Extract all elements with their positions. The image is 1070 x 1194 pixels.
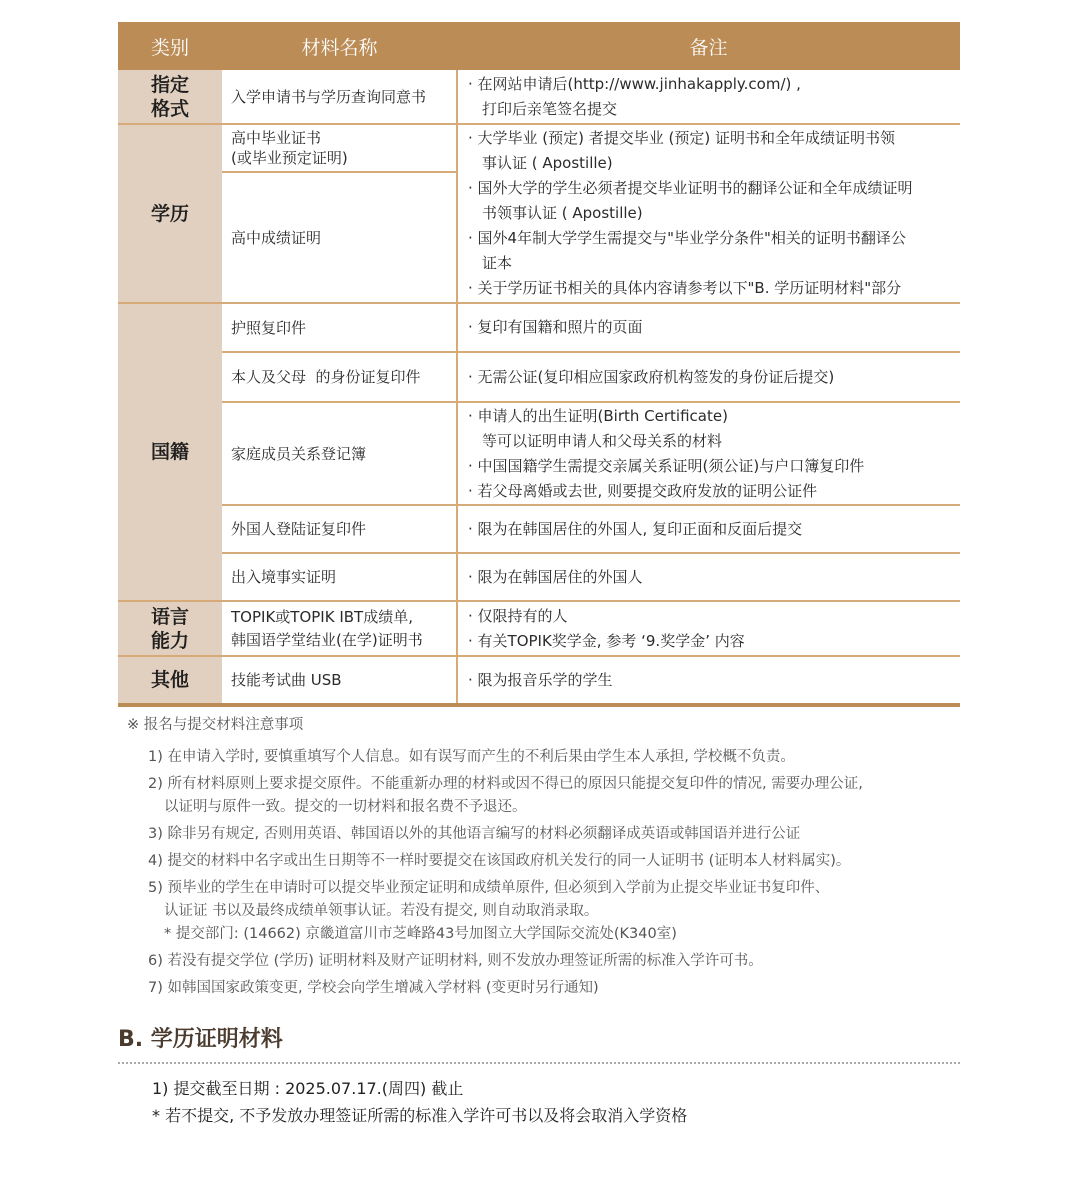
- list-item: 7) 如韩国国家政策变更, 学校会向学生增减入学材料 (变更时另行通知): [148, 977, 967, 1000]
- section-b: B. 学历证明材料 1) 提交截至日期 : 2025.07.17.(周四) 截止…: [118, 1022, 960, 1129]
- material-cell: 出入境事实证明: [222, 553, 457, 601]
- header-material: 材料名称: [222, 22, 457, 70]
- table-row: 国籍 护照复印件 · 复印有国籍和照片的页面: [118, 303, 960, 352]
- header-category: 类别: [118, 22, 222, 70]
- category-cell: 指定 格式: [118, 70, 222, 124]
- note-cell: · 申请人的出生证明(Birth Certificate) 等可以证明申请人和父…: [457, 402, 960, 505]
- materials-table: 类别 材料名称 备注 指定 格式 入学申请书与学历查询同意书 · 在网站申请后(…: [118, 22, 960, 707]
- table-row: 语言 能力 TOPIK或TOPIK IBT成绩单, 韩国语学堂结业(在学)证明书…: [118, 601, 960, 656]
- category-cell: 学历: [118, 124, 222, 303]
- category-cell: 语言 能力: [118, 601, 222, 656]
- note-cell: · 仅限持有的人 · 有关TOPIK奖学金, 参考 ‘9.奖学金’ 内容: [457, 601, 960, 656]
- warning-item: * 若不提交, 不予发放办理签证所需的标准入学许可书以及将会取消入学资格: [152, 1102, 960, 1129]
- note-cell: · 限为报音乐学的学生: [457, 656, 960, 705]
- material-cell: 高中成绩证明: [222, 172, 457, 303]
- section-title: B. 学历证明材料: [118, 1022, 960, 1058]
- section-b-list: 1) 提交截至日期 : 2025.07.17.(周四) 截止 * 若不提交, 不…: [118, 1075, 960, 1129]
- note-cell: · 限为在韩国居住的外国人: [457, 553, 960, 601]
- dotted-divider: [118, 1062, 960, 1064]
- note-cell: · 限为在韩国居住的外国人, 复印正面和反面后提交: [457, 505, 960, 553]
- notes-title: ※ 报名与提交材料注意事项: [127, 713, 967, 737]
- material-cell: 入学申请书与学历查询同意书: [222, 70, 457, 124]
- material-cell: 高中毕业证书 (或毕业预定证明): [222, 124, 457, 172]
- material-cell: 本人及父母 的身份证复印件: [222, 352, 457, 402]
- material-cell: TOPIK或TOPIK IBT成绩单, 韩国语学堂结业(在学)证明书: [222, 601, 457, 656]
- deadline-item: 1) 提交截至日期 : 2025.07.17.(周四) 截止: [152, 1075, 960, 1102]
- notes-list: 1) 在申请入学时, 要慎重填写个人信息。如有误写而产生的不利后果由学生本人承担…: [127, 746, 967, 1000]
- material-cell: 护照复印件: [222, 303, 457, 352]
- material-cell: 技能考试曲 USB: [222, 656, 457, 705]
- list-item: 5) 预毕业的学生在申请时可以提交毕业预定证明和成绩单原件, 但必须到入学前为止…: [148, 877, 967, 946]
- material-cell: 外国人登陆证复印件: [222, 505, 457, 553]
- list-item: 2) 所有材料原则上要求提交原件。不能重新办理的材料或因不得已的原因只能提交复印…: [148, 773, 967, 819]
- note-cell: · 在网站申请后(http://www.jinhakapply.com/) , …: [457, 70, 960, 124]
- table-header-row: 类别 材料名称 备注: [118, 22, 960, 70]
- table-row: 学历 高中毕业证书 (或毕业预定证明) · 大学毕业 (预定) 者提交毕业 (预…: [118, 124, 960, 172]
- list-item: 4) 提交的材料中名字或出生日期等不一样时要提交在该国政府机关发行的同一人证明书…: [148, 850, 967, 873]
- application-notes: ※ 报名与提交材料注意事项 1) 在申请入学时, 要慎重填写个人信息。如有误写而…: [127, 713, 967, 1004]
- category-cell: 其他: [118, 656, 222, 705]
- table-row: 外国人登陆证复印件 · 限为在韩国居住的外国人, 复印正面和反面后提交: [118, 505, 960, 553]
- note-cell: · 大学毕业 (预定) 者提交毕业 (预定) 证明书和全年成绩证明书领 事认证 …: [457, 124, 960, 303]
- table-row: 其他 技能考试曲 USB · 限为报音乐学的学生: [118, 656, 960, 705]
- header-notes: 备注: [457, 22, 960, 70]
- list-item: 1) 在申请入学时, 要慎重填写个人信息。如有误写而产生的不利后果由学生本人承担…: [148, 746, 967, 769]
- table-row: 出入境事实证明 · 限为在韩国居住的外国人: [118, 553, 960, 601]
- note-cell: · 无需公证(复印相应国家政府机构签发的身份证后提交): [457, 352, 960, 402]
- table-row: 指定 格式 入学申请书与学历查询同意书 · 在网站申请后(http://www.…: [118, 70, 960, 124]
- material-cell: 家庭成员关系登记簿: [222, 402, 457, 505]
- list-item: 6) 若没有提交学位 (学历) 证明材料及财产证明材料, 则不发放办理签证所需的…: [148, 950, 967, 973]
- list-item: 3) 除非另有规定, 否则用英语、韩国语以外的其他语言编写的材料必须翻译成英语或…: [148, 823, 967, 846]
- category-cell: 国籍: [118, 303, 222, 601]
- table-row: 本人及父母 的身份证复印件 · 无需公证(复印相应国家政府机构签发的身份证后提交…: [118, 352, 960, 402]
- note-cell: · 复印有国籍和照片的页面: [457, 303, 960, 352]
- table-row: 家庭成员关系登记簿 · 申请人的出生证明(Birth Certificate) …: [118, 402, 960, 505]
